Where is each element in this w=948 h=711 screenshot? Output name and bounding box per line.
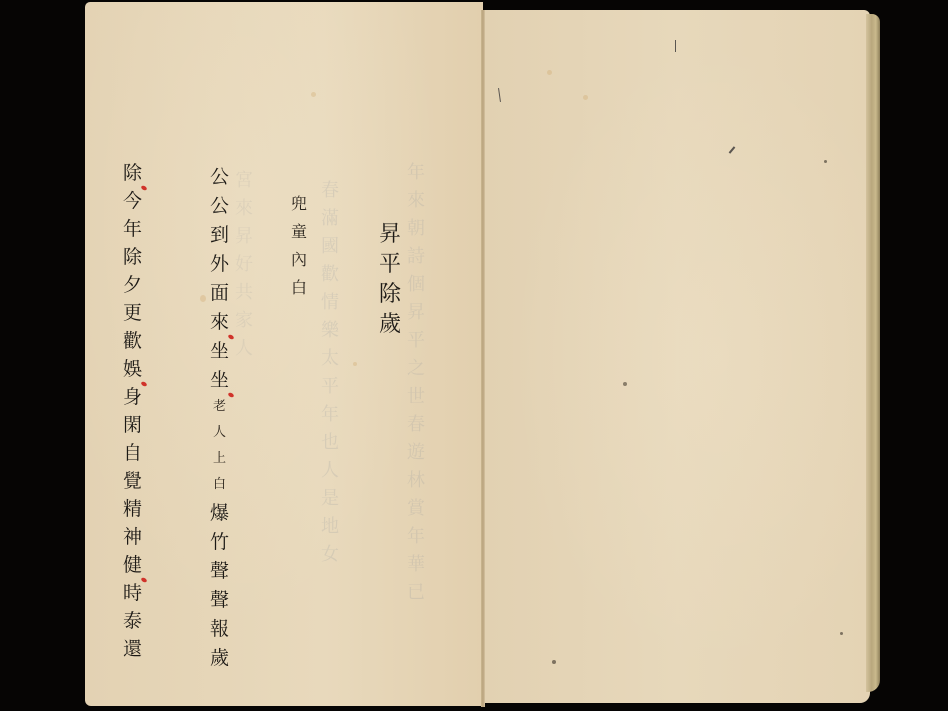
bleed-through-glyph: 平 [407, 332, 425, 350]
glyph: 聲 [210, 562, 229, 581]
bleed-through-glyph: 滿 [321, 210, 339, 228]
glyph: 精 [123, 500, 142, 519]
glyph: 白 [291, 280, 307, 296]
glyph: 除 [123, 248, 142, 267]
glyph: 更 [123, 304, 142, 323]
paper-stain [547, 70, 552, 75]
paper-fiber [729, 146, 736, 153]
verse-column-2: 除今年除夕更歡娛身閑自覺精神健時泰還 [123, 164, 142, 668]
bleed-through-glyph: 家 [235, 312, 253, 330]
bleed-through-glyph: 國 [321, 238, 339, 256]
annotation-glyph: 老 [213, 400, 226, 413]
bleed-through-glyph: 昇 [235, 228, 253, 246]
glyph: 來 [210, 313, 229, 332]
title-column: 昇平除歲 [379, 224, 401, 344]
bleed-through-glyph: 世 [407, 388, 425, 406]
glyph: 自 [123, 444, 142, 463]
bleed-through-glyph: 也 [321, 434, 339, 452]
bleed-through-glyph: 平 [321, 378, 339, 396]
glyph: 歡 [123, 332, 142, 351]
bleed-through-column: 春滿國歡情樂太平年也人是地女 [321, 182, 339, 574]
bleed-through-glyph: 遊 [407, 444, 425, 462]
glyph: 今 [123, 192, 142, 211]
paper-fiber [675, 40, 676, 52]
glyph: 時 [123, 584, 142, 603]
paper-fiber [498, 88, 501, 102]
glyph: 公 [210, 197, 229, 216]
bleed-through-glyph: 樂 [321, 322, 339, 340]
bleed-through-glyph: 是 [321, 490, 339, 508]
glyph: 外 [210, 255, 229, 274]
bleed-through-glyph: 詩 [407, 248, 425, 266]
glyph: 閑 [123, 416, 142, 435]
bleed-through-glyph: 年 [407, 164, 425, 182]
glyph: 竹 [210, 533, 229, 552]
bleed-through-glyph: 昇 [407, 304, 425, 322]
glyph: 爆 [210, 504, 229, 523]
glyph: 童 [291, 224, 307, 240]
bleed-through-glyph: 已 [407, 584, 425, 602]
bleed-through-glyph: 春 [407, 416, 425, 434]
bleed-through-glyph: 人 [321, 462, 339, 480]
right-page [485, 10, 870, 703]
page-fore-edge [866, 14, 880, 692]
bleed-through-glyph: 來 [407, 192, 425, 210]
glyph: 平 [379, 254, 401, 276]
bleed-through-glyph: 來 [235, 200, 253, 218]
annotation-glyph: 上 [213, 452, 226, 465]
glyph: 兜 [291, 196, 307, 212]
bleed-through-glyph: 好 [235, 256, 253, 274]
scan-background: 年來朝詩個昇平之世春遊林賞年華已 春滿國歡情樂太平年也人是地女 宮來昇好共家人 … [0, 0, 948, 711]
bleed-through-glyph: 共 [235, 284, 253, 302]
bleed-through-glyph: 個 [407, 276, 425, 294]
stage-direction-column: 兜童內白 [291, 196, 307, 308]
paper-speck [824, 160, 827, 163]
glyph: 昇 [379, 224, 401, 246]
glyph: 面 [210, 284, 229, 303]
glyph: 夕 [123, 276, 142, 295]
bleed-through-glyph: 太 [321, 350, 339, 368]
bleed-through-glyph: 之 [407, 360, 425, 378]
bleed-through-glyph: 林 [407, 472, 425, 490]
bleed-through-column: 宮來昇好共家人 [235, 172, 253, 368]
glyph: 歲 [210, 649, 229, 668]
annotation-glyph: 人 [213, 426, 226, 439]
verse-column-1: 公公到外面來坐坐老人上白爆竹聲聲報歲 [210, 168, 229, 678]
red-punctuation-mark [227, 392, 234, 398]
glyph: 娛 [123, 360, 142, 379]
left-page: 年來朝詩個昇平之世春遊林賞年華已 春滿國歡情樂太平年也人是地女 宮來昇好共家人 … [85, 2, 483, 706]
glyph: 還 [123, 640, 142, 659]
bleed-through-glyph: 年 [321, 406, 339, 424]
bleed-through-glyph: 歡 [321, 266, 339, 284]
bleed-through-glyph: 情 [321, 294, 339, 312]
bleed-through-glyph: 朝 [407, 220, 425, 238]
glyph: 報 [210, 620, 229, 639]
paper-speck [552, 660, 556, 664]
glyph: 身 [123, 388, 142, 407]
glyph: 坐 [210, 371, 229, 390]
bleed-through-glyph: 華 [407, 556, 425, 574]
bleed-through-column: 年來朝詩個昇平之世春遊林賞年華已 [407, 164, 425, 612]
glyph: 到 [210, 226, 229, 245]
bleed-through-glyph: 人 [235, 340, 253, 358]
glyph: 公 [210, 168, 229, 187]
paper-stain [200, 295, 206, 302]
glyph: 泰 [123, 612, 142, 631]
glyph: 健 [123, 556, 142, 575]
bleed-through-glyph: 女 [321, 546, 339, 564]
paper-speck [840, 632, 843, 635]
bleed-through-glyph: 年 [407, 528, 425, 546]
glyph: 歲 [379, 314, 401, 336]
bleed-through-glyph: 宮 [235, 172, 253, 190]
bleed-through-glyph: 地 [321, 518, 339, 536]
glyph: 除 [379, 284, 401, 306]
glyph: 神 [123, 528, 142, 547]
paper-stain [353, 362, 357, 366]
glyph: 內 [291, 252, 307, 268]
glyph: 年 [123, 220, 142, 239]
paper-stain [583, 95, 588, 100]
bleed-through-glyph: 賞 [407, 500, 425, 518]
glyph: 覺 [123, 472, 142, 491]
paper-speck [623, 382, 627, 386]
glyph: 聲 [210, 591, 229, 610]
annotation-glyph: 白 [213, 478, 226, 491]
bleed-through-glyph: 春 [321, 182, 339, 200]
paper-stain [311, 92, 316, 97]
glyph: 除 [123, 164, 142, 183]
glyph: 坐 [210, 342, 229, 361]
